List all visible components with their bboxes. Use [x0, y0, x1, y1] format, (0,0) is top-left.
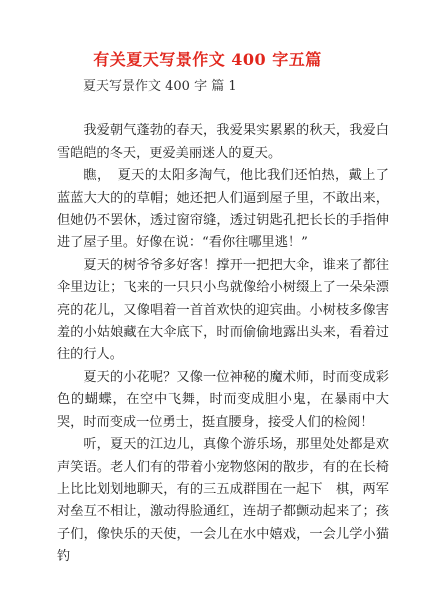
paragraph-3: 夏天的树爷爷多好客！撑开一把把大伞，谁来了都往伞里边让；飞来的一只只小鸟就像给小… [57, 255, 389, 367]
paragraph-1: 我爱朝气蓬勃的春天，我爱果实累累的秋天，我爱白雪皑皑的冬天，更爱美丽迷人的夏天。 [57, 120, 389, 165]
document-page: 有关夏天写景作文 400 字五篇 夏天写景作文 400 字 篇 1 我爱朝气蓬勃… [0, 0, 423, 600]
paragraph-4: 夏天的小花呢？又像一位神秘的魔术师，时而变成彩色的蝴蝶，在空中飞舞，时而变成胆小… [57, 367, 389, 434]
paragraph-5: 听，夏天的江边儿，真像个游乐场，那里处处都是欢声笑语。老人们有的带着小宠物悠闲的… [57, 434, 389, 568]
page-title: 有关夏天写景作文 400 字五篇 [0, 48, 415, 72]
paragraph-2: 瞧， 夏天的太阳多淘气，他比我们还怕热，戴上了蓝蓝大大的的草帽；她还把人们逼到屋… [57, 165, 389, 255]
page-subtitle: 夏天写景作文 400 字 篇 1 [57, 76, 389, 98]
document-body: 夏天写景作文 400 字 篇 1 我爱朝气蓬勃的春天，我爱果实累累的秋天，我爱白… [57, 72, 389, 569]
